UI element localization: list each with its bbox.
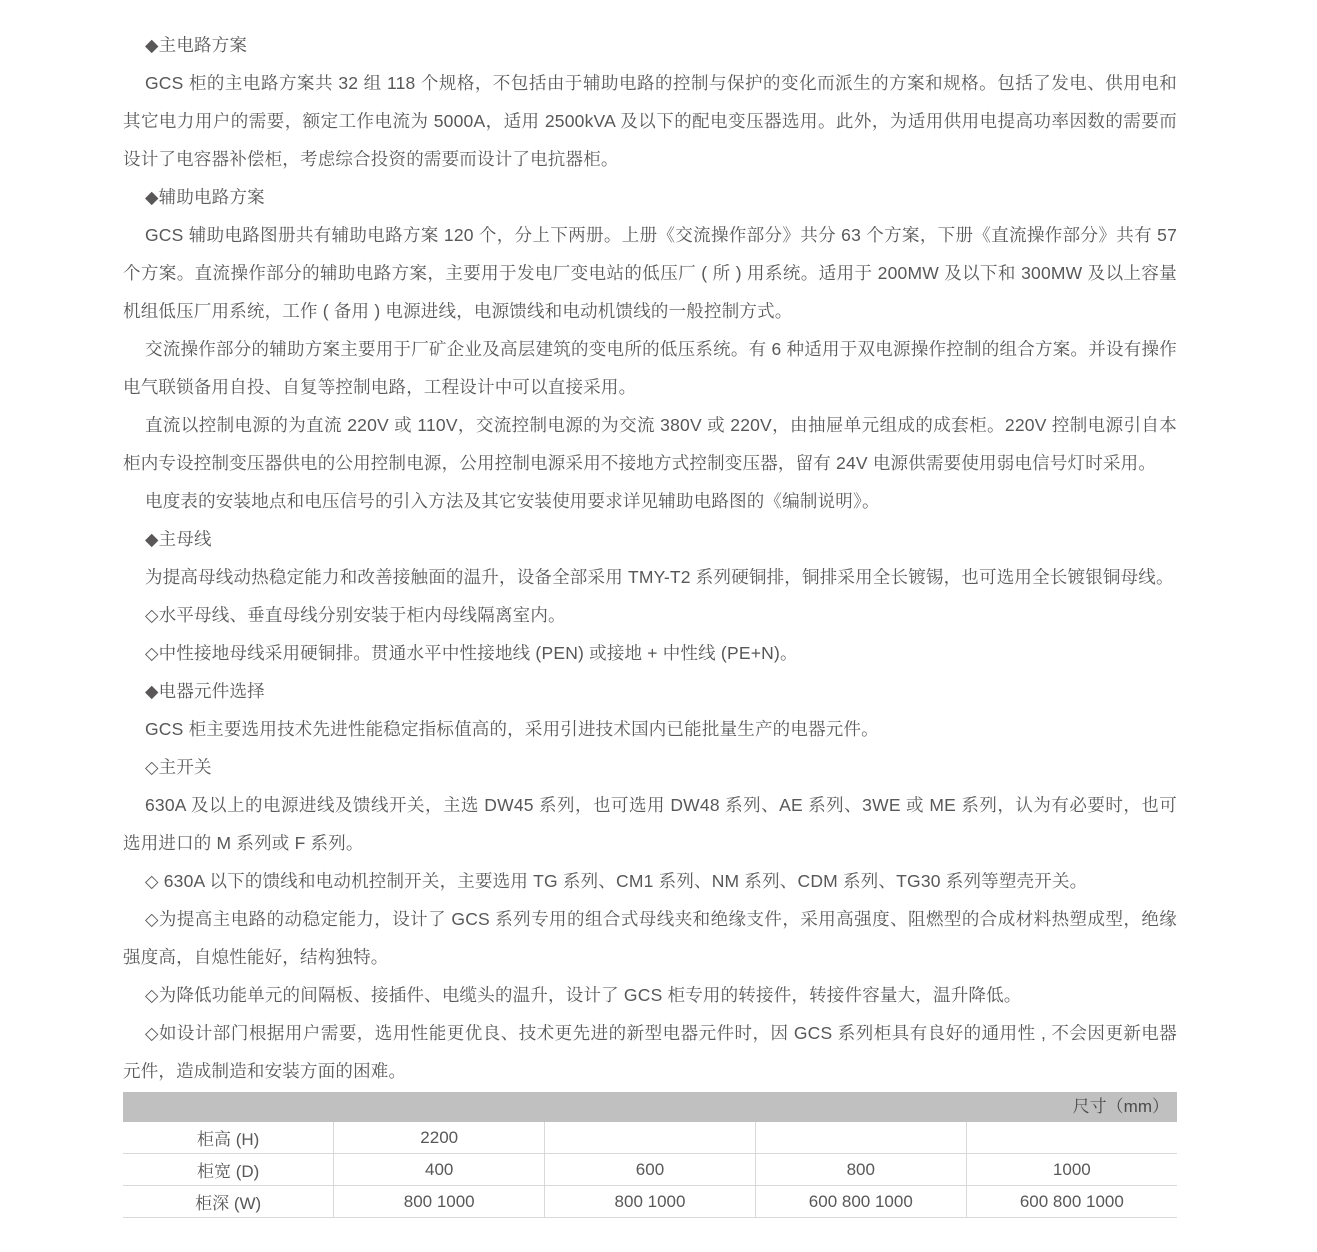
value-cell: 800 (755, 1154, 966, 1186)
dimensions-grid: 柜高 (H) 2200 柜宽 (D) 400 600 800 1000 柜深 (… (123, 1122, 1177, 1218)
section-heading: ◆主电路方案 (123, 26, 1177, 64)
value-cell: 400 (334, 1154, 545, 1186)
row-label-cell: 柜高 (H) (123, 1122, 334, 1154)
table-header-band: 尺寸（mm） (123, 1092, 1177, 1122)
value-cell: 600 800 1000 (755, 1186, 966, 1218)
row-label-cell: 柜深 (W) (123, 1186, 334, 1218)
paragraph: GCS 辅助电路图册共有辅助电路方案 120 个，分上下两册。上册《交流操作部分… (123, 216, 1177, 330)
value-cell: 600 (545, 1154, 756, 1186)
table-row: 柜宽 (D) 400 600 800 1000 (123, 1154, 1177, 1186)
dimensions-table: 尺寸（mm） 柜高 (H) 2200 柜宽 (D) 400 600 800 10… (123, 1092, 1177, 1218)
paragraph: 交流操作部分的辅助方案主要用于厂矿企业及高层建筑的变电所的低压系统。有 6 种适… (123, 330, 1177, 406)
paragraph: ◇为降低功能单元的间隔板、接插件、电缆头的温升，设计了 GCS 柜专用的转接件，… (123, 976, 1177, 1014)
paragraph: 630A 及以上的电源进线及馈线开关，主选 DW45 系列，也可选用 DW48 … (123, 786, 1177, 862)
paragraph: ◇如设计部门根据用户需要，选用性能更优良、技术更先进的新型电器元件时，因 GCS… (123, 1014, 1177, 1090)
value-cell (966, 1122, 1177, 1154)
value-cell: 2200 (334, 1122, 545, 1154)
table-row: 柜高 (H) 2200 (123, 1122, 1177, 1154)
paragraph: ◇水平母线、垂直母线分别安装于柜内母线隔离室内。 (123, 596, 1177, 634)
paragraph: ◇ 630A 以下的馈线和电动机控制开关，主要选用 TG 系列、CM1 系列、N… (123, 862, 1177, 900)
value-cell: 800 1000 (334, 1186, 545, 1218)
paragraph: 电度表的安装地点和电压信号的引入方法及其它安装使用要求详见辅助电路图的《编制说明… (123, 482, 1177, 520)
value-cell: 800 1000 (545, 1186, 756, 1218)
table-row: 柜深 (W) 800 1000 800 1000 600 800 1000 60… (123, 1186, 1177, 1218)
paragraph: 为提高母线动热稳定能力和改善接触面的温升，设备全部采用 TMY-T2 系列硬铜排… (123, 558, 1177, 596)
value-cell: 1000 (966, 1154, 1177, 1186)
document-page: ◆主电路方案 GCS 柜的主电路方案共 32 组 118 个规格，不包括由于辅助… (0, 0, 1317, 1090)
paragraph: 直流以控制电源的为直流 220V 或 110V，交流控制电源的为交流 380V … (123, 406, 1177, 482)
value-cell: 600 800 1000 (966, 1186, 1177, 1218)
section-heading: ◆电器元件选择 (123, 672, 1177, 710)
section-heading: ◆辅助电路方案 (123, 178, 1177, 216)
paragraph: ◇为提高主电路的动稳定能力，设计了 GCS 系列专用的组合式母线夹和绝缘支件，采… (123, 900, 1177, 976)
paragraph: ◇中性接地母线采用硬铜排。贯通水平中性接地线 (PEN) 或接地 + 中性线 (… (123, 634, 1177, 672)
value-cell (755, 1122, 966, 1154)
paragraph: GCS 柜的主电路方案共 32 组 118 个规格，不包括由于辅助电路的控制与保… (123, 64, 1177, 178)
table-header-label: 尺寸（mm） (1073, 1097, 1169, 1116)
paragraph: GCS 柜主要选用技术先进性能稳定指标值高的，采用引进技术国内已能批量生产的电器… (123, 710, 1177, 748)
section-heading: ◆主母线 (123, 520, 1177, 558)
row-label-cell: 柜宽 (D) (123, 1154, 334, 1186)
value-cell (545, 1122, 756, 1154)
paragraph: ◇主开关 (123, 748, 1177, 786)
